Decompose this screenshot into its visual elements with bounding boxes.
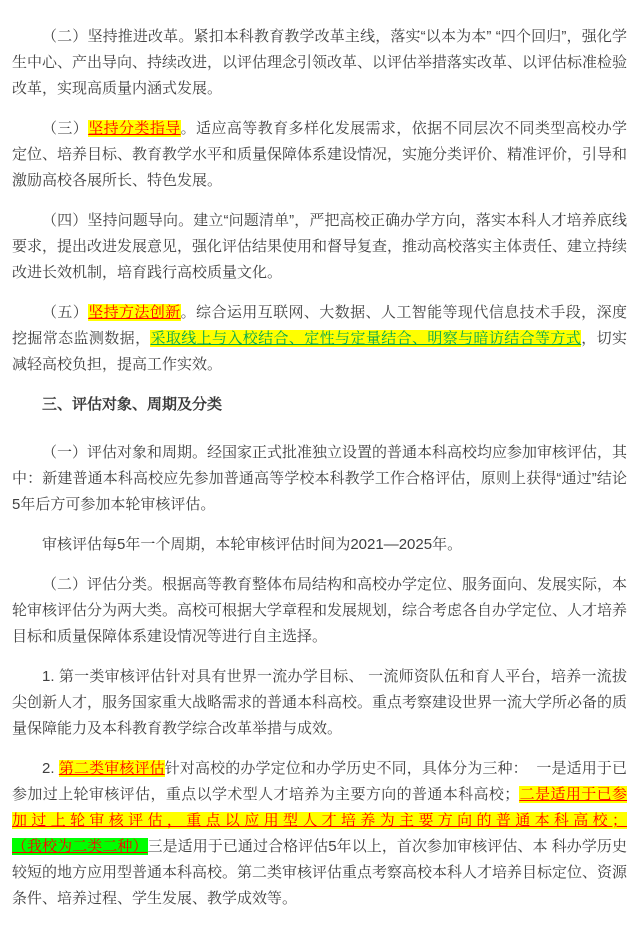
section-heading-3: 三、评估对象、周期及分类 xyxy=(12,392,627,418)
para-category-2: 2. 第二类审核评估针对高校的办学定位和办学历史不同，具体分为三种： 一是适用于… xyxy=(12,756,627,912)
highlight-category-2-title: 第二类审核评估 xyxy=(59,760,165,777)
para-targets-period: （一）评估对象和周期。经国家正式批准独立设置的普通本科高校均应参加审核评估，其中… xyxy=(12,440,627,518)
para-reform: （二）坚持推进改革。紧扣本科教育教学改革主线，落实“以本为本” “四个回归”，强… xyxy=(12,24,627,102)
para-method-innovation: （五）坚持方法创新。综合运用互联网、大数据、人工智能等现代信息技术手段，深度挖掘… xyxy=(12,300,627,378)
para-reform-text: （二）坚持推进改革。紧扣本科教育教学改革主线，落实“以本为本” “四个回归”，强… xyxy=(12,28,627,97)
document-page: （二）坚持推进改革。紧扣本科教育教学改革主线，落实“以本为本” “四个回归”，强… xyxy=(0,0,639,950)
para-guidance-prefix: （三） xyxy=(42,120,88,137)
para-method-prefix: （五） xyxy=(42,304,88,321)
para-category-1-text: 1. 第一类审核评估针对具有世界一流办学目标、 一流师资队伍和育人平台，培养一流… xyxy=(12,668,627,737)
para-problem-oriented: （四）坚持问题导向。建立“问题清单”，严把高校正确办学方向，落实本科人才培养底线… xyxy=(12,208,627,286)
para-classification: （二）评估分类。根据高等教育整体布局结构和高校办学定位、服务面向、发展实际，本轮… xyxy=(12,572,627,650)
para-cycle-text: 审核评估每5年一个周期，本轮审核评估时间为2021—2025年。 xyxy=(42,536,462,553)
para-category-1: 1. 第一类审核评估针对具有世界一流办学目标、 一流师资队伍和育人平台，培养一流… xyxy=(12,664,627,742)
para-category-2-prefix: 2. xyxy=(42,760,59,777)
para-cycle: 审核评估每5年一个周期，本轮审核评估时间为2021—2025年。 xyxy=(12,532,627,558)
highlight-our-school-note: （我校为二类二种） xyxy=(12,838,148,855)
para-classified-guidance: （三）坚持分类指导。适应高等教育多样化发展需求，依据不同层次不同类型高校办学定位… xyxy=(12,116,627,194)
para-classification-text: （二）评估分类。根据高等教育整体布局结构和高校办学定位、服务面向、发展实际，本轮… xyxy=(12,576,627,645)
para-targets-text: （一）评估对象和周期。经国家正式批准独立设置的普通本科高校均应参加审核评估，其中… xyxy=(12,444,627,513)
highlight-classified-guidance: 坚持分类指导 xyxy=(88,120,180,137)
highlight-method-innovation: 坚持方法创新 xyxy=(88,304,180,321)
para-problem-text: （四）坚持问题导向。建立“问题清单”，严把高校正确办学方向，落实本科人才培养底线… xyxy=(12,212,627,281)
highlight-evaluation-methods: 采取线上与入校结合、定性与定量结合、明察与暗访结合等方式 xyxy=(150,330,581,347)
para-category-2-space xyxy=(627,812,631,829)
